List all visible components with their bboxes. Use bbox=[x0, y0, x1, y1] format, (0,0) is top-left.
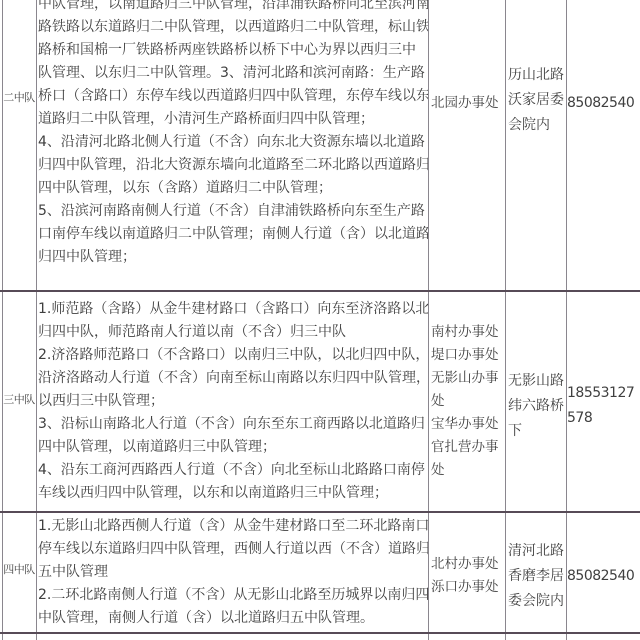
column-divider-offices bbox=[428, 0, 429, 640]
column-divider-address bbox=[505, 0, 506, 640]
row-divider bbox=[0, 290, 640, 292]
offices-text: 北村办事处 泺口办事处 bbox=[431, 553, 505, 601]
row-divider bbox=[0, 511, 640, 513]
address-text: 历山北路 沃家居委 会院内 bbox=[508, 63, 566, 141]
column-divider-squadron bbox=[36, 0, 37, 640]
offices-text: 南村办事处 堤口办事处 无影山办事 处 宝华办事处 官扎营办事 处 bbox=[431, 321, 505, 486]
squadron-label: 四中队 bbox=[2, 562, 36, 578]
phone-number: 18553127 578 bbox=[567, 381, 640, 433]
address-text: 无影山路 纬六路桥 下 bbox=[508, 369, 566, 447]
phone-number: 85082540 bbox=[567, 564, 640, 589]
jurisdiction-text: 1.师范路（含路）从金牛建材路口（含路口）向东至济洛路以北 归四中队，师范路南人… bbox=[38, 298, 428, 509]
jurisdiction-text: 中队管理，以南道路归三中队管理，沿津浦铁路桥向北至滨河南 路铁路以东道路归二中队… bbox=[38, 0, 428, 277]
offices-text: 北园办事处 bbox=[431, 92, 505, 115]
row-divider bbox=[0, 632, 640, 634]
address-text: 清河北路 香磨李居 委会院内 bbox=[508, 539, 566, 617]
squadron-label: 二中队 bbox=[2, 90, 36, 106]
squadron-label: 三中队 bbox=[2, 392, 36, 408]
jurisdiction-text: 1.无影山北路西侧人行道（含）从金牛建材路口至二环北路南口 停车线以东道路归四中… bbox=[38, 515, 428, 632]
phone-number: 85082540 bbox=[567, 91, 640, 116]
